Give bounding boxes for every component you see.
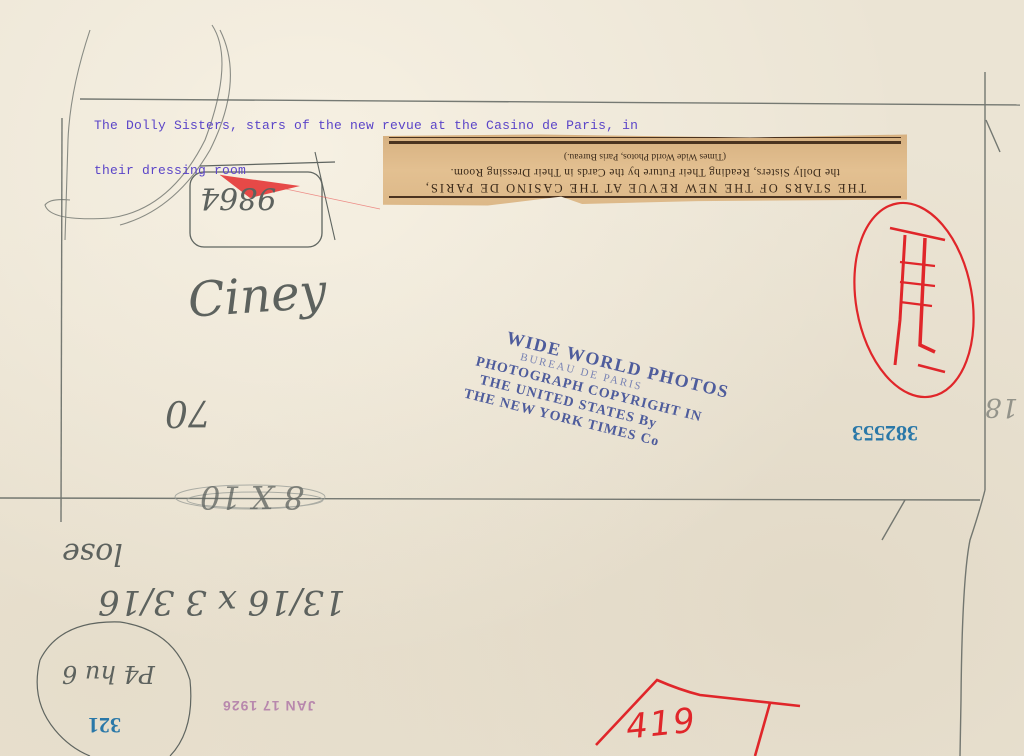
red-oval-mark	[840, 193, 988, 406]
clipping-subline: the Dolly Sisters, Reading Their Future …	[383, 166, 907, 178]
pencil-circled-note: P4 hu 6	[62, 660, 155, 688]
boxed-pencil-number: 9864	[200, 180, 276, 215]
newspaper-clipping: THE STARS OF THE NEW REVUE AT THE CASINO…	[383, 133, 907, 207]
pencil-crop-note: lose	[62, 536, 123, 571]
pencil-number-70: 70	[165, 392, 211, 433]
circle-number-stamp: 321	[88, 712, 121, 738]
pencil-dimensions: 13/16 x 3 3/16	[98, 582, 346, 622]
inventory-number-stamp: 382553	[852, 420, 918, 446]
pencil-scale-note: 8 X 10	[200, 478, 304, 516]
pencil-signature: Ciney	[186, 263, 328, 329]
red-crayon-number: 419	[624, 700, 699, 747]
pencil-margin-note: 18	[985, 392, 1018, 422]
date-received-stamp: JAN 17 1926	[222, 698, 316, 714]
caption-line-1: The Dolly Sisters, stars of the new revu…	[94, 118, 638, 133]
clipping-headline: THE STARS OF THE NEW REVUE AT THE CASINO…	[383, 180, 907, 195]
clipping-credit: (Times Wide World Photos, Paris Bureau.)	[383, 151, 907, 161]
copyright-stamp: WIDE WORLD PHOTOS BUREAU DE PARIS PHOTOG…	[468, 322, 741, 466]
